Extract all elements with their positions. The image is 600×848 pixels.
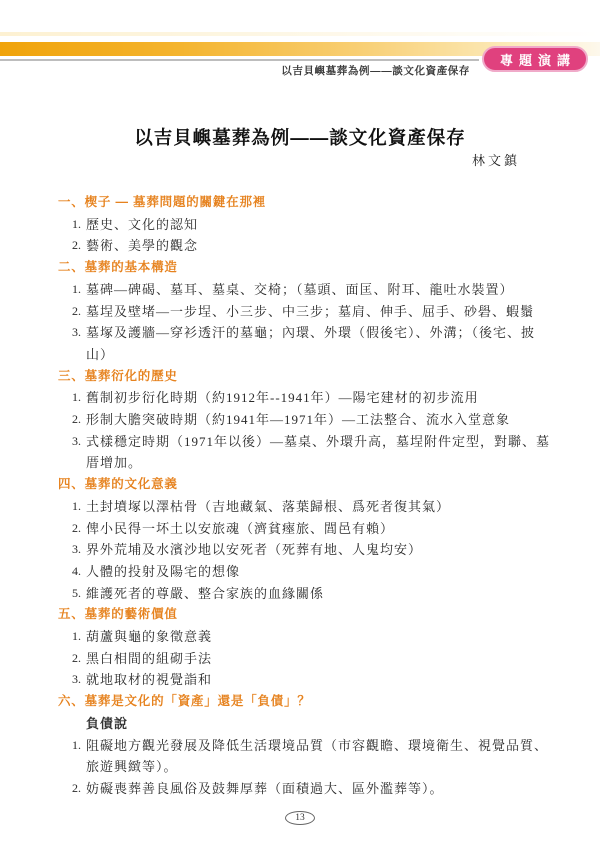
section-heading: 一、楔子 — 墓葬問題的關鍵在那裡 bbox=[58, 192, 550, 214]
page-number: 13 bbox=[295, 813, 305, 823]
list-item: 3. 就地取材的視覺詣和 bbox=[72, 669, 550, 691]
item-text: 墓塚及護牆—穿衫透汗的墓龜；內環、外環（假後宅）、外溝；（後宅、披山） bbox=[86, 322, 550, 365]
section-subheading: 負債說 bbox=[86, 713, 550, 735]
item-number: 4. bbox=[72, 561, 86, 583]
header-divider-line bbox=[0, 59, 479, 61]
list-item: 1. 葫蘆與龜的象徵意義 bbox=[72, 626, 550, 648]
item-number: 3. bbox=[72, 669, 86, 691]
item-text: 土封墳塚以澤枯骨（吉地藏氣、落葉歸根、爲死者復其氣） bbox=[86, 496, 550, 518]
item-number: 1. bbox=[72, 735, 86, 757]
section-heading: 三、墓葬衍化的歷史 bbox=[58, 366, 550, 388]
item-number: 2. bbox=[72, 235, 86, 257]
item-text: 式樣穩定時期（1971年以後）—墓桌、外環升高，墓埕附件定型，對聯、墓厝增加。 bbox=[86, 431, 550, 474]
topic-badge: 專題演講 bbox=[482, 46, 588, 72]
list-item: 2. 墓埕及壁堵—一步埕、小三步、中三步；墓肩、伸手、屈手、砂礐、蝦鬚 bbox=[72, 301, 550, 323]
item-text: 人體的投射及陽宅的想像 bbox=[86, 561, 550, 583]
page-number-ellipse: 13 bbox=[285, 811, 315, 825]
item-number: 1. bbox=[72, 387, 86, 409]
author-name: 林文鎮 bbox=[0, 150, 520, 169]
running-header-title: 以吉貝嶼墓葬為例——談文化資產保存 bbox=[0, 63, 470, 78]
item-number: 1. bbox=[72, 279, 86, 301]
item-text: 妨礙喪葬善良風俗及鼓舞厚葬（面積過大、區外濫葬等）。 bbox=[86, 778, 550, 800]
item-text: 界外荒埔及水濱沙地以安死者（死葬有地、人鬼均安） bbox=[86, 539, 550, 561]
list-item: 3. 墓塚及護牆—穿衫透汗的墓龜；內環、外環（假後宅）、外溝；（後宅、披山） bbox=[72, 322, 550, 365]
list-item: 2. 黑白相間的組砌手法 bbox=[72, 648, 550, 670]
item-text: 舊制初步衍化時期（約1912年--1941年）—陽宅建材的初步流用 bbox=[86, 387, 550, 409]
section-2: 二、墓葬的基本構造 1. 墓碑—碑碣、墓耳、墓桌、交椅；（墓頭、面匡、附耳、龍吐… bbox=[58, 257, 550, 366]
page-title: 以吉貝嶼墓葬為例——談文化資產保存 bbox=[0, 124, 600, 150]
outline-content: 一、楔子 — 墓葬問題的關鍵在那裡 1. 歷史、文化的認知 2. 藝術、美學的觀… bbox=[58, 192, 550, 800]
item-text: 阻礙地方觀光發展及降低生活環境品質（市容觀瞻、環境衛生、視覺品質、旅遊興緻等）。 bbox=[86, 735, 550, 778]
footer: 13 bbox=[0, 811, 600, 825]
list-item: 2. 形制大膽突破時期（約1941年—1971年）—工法整合、流水入堂意象 bbox=[72, 409, 550, 431]
section-heading: 六、墓葬是文化的「資產」還是「負債」？ bbox=[58, 691, 550, 713]
item-number: 2. bbox=[72, 778, 86, 800]
list-item: 1. 舊制初步衍化時期（約1912年--1941年）—陽宅建材的初步流用 bbox=[72, 387, 550, 409]
item-text: 藝術、美學的觀念 bbox=[86, 235, 550, 257]
list-item: 1. 歷史、文化的認知 bbox=[72, 214, 550, 236]
item-number: 3. bbox=[72, 431, 86, 453]
item-number: 1. bbox=[72, 496, 86, 518]
list-item: 2. 俾小民得一坏土以安旅魂（濟貧瘞旅、閭邑有賴） bbox=[72, 518, 550, 540]
item-text: 墓碑—碑碣、墓耳、墓桌、交椅；（墓頭、面匡、附耳、龍吐水裝置） bbox=[86, 279, 550, 301]
item-number: 3. bbox=[72, 539, 86, 561]
item-number: 2. bbox=[72, 648, 86, 670]
item-text: 維護死者的尊嚴、整合家族的血緣關係 bbox=[86, 583, 550, 605]
list-item: 2. 妨礙喪葬善良風俗及鼓舞厚葬（面積過大、區外濫葬等）。 bbox=[72, 778, 550, 800]
item-number: 2. bbox=[72, 301, 86, 323]
list-item: 3. 界外荒埔及水濱沙地以安死者（死葬有地、人鬼均安） bbox=[72, 539, 550, 561]
section-heading: 二、墓葬的基本構造 bbox=[58, 257, 550, 279]
list-item: 1. 土封墳塚以澤枯骨（吉地藏氣、落葉歸根、爲死者復其氣） bbox=[72, 496, 550, 518]
item-text: 俾小民得一坏土以安旅魂（濟貧瘞旅、閭邑有賴） bbox=[86, 518, 550, 540]
item-text: 葫蘆與龜的象徵意義 bbox=[86, 626, 550, 648]
list-item: 4. 人體的投射及陽宅的想像 bbox=[72, 561, 550, 583]
item-text: 墓埕及壁堵—一步埕、小三步、中三步；墓肩、伸手、屈手、砂礐、蝦鬚 bbox=[86, 301, 550, 323]
section-4: 四、墓葬的文化意義 1. 土封墳塚以澤枯骨（吉地藏氣、落葉歸根、爲死者復其氣） … bbox=[58, 474, 550, 604]
top-faint-gradient-strip bbox=[0, 32, 600, 36]
list-item: 1. 阻礙地方觀光發展及降低生活環境品質（市容觀瞻、環境衛生、視覺品質、旅遊興緻… bbox=[72, 735, 550, 778]
section-3: 三、墓葬衍化的歷史 1. 舊制初步衍化時期（約1912年--1941年）—陽宅建… bbox=[58, 366, 550, 475]
section-heading: 四、墓葬的文化意義 bbox=[58, 474, 550, 496]
list-item: 1. 墓碑—碑碣、墓耳、墓桌、交椅；（墓頭、面匡、附耳、龍吐水裝置） bbox=[72, 279, 550, 301]
item-number: 2. bbox=[72, 518, 86, 540]
list-item: 2. 藝術、美學的觀念 bbox=[72, 235, 550, 257]
list-item: 5. 維護死者的尊嚴、整合家族的血緣關係 bbox=[72, 583, 550, 605]
item-text: 就地取材的視覺詣和 bbox=[86, 669, 550, 691]
section-6: 六、墓葬是文化的「資產」還是「負債」？ 負債說 1. 阻礙地方觀光發展及降低生活… bbox=[58, 691, 550, 800]
item-number: 3. bbox=[72, 322, 86, 344]
item-number: 1. bbox=[72, 626, 86, 648]
section-5: 五、墓葬的藝術價值 1. 葫蘆與龜的象徵意義 2. 黑白相間的組砌手法 3. 就… bbox=[58, 604, 550, 691]
item-text: 形制大膽突破時期（約1941年—1971年）—工法整合、流水入堂意象 bbox=[86, 409, 550, 431]
item-number: 1. bbox=[72, 214, 86, 236]
item-text: 黑白相間的組砌手法 bbox=[86, 648, 550, 670]
section-1: 一、楔子 — 墓葬問題的關鍵在那裡 1. 歷史、文化的認知 2. 藝術、美學的觀… bbox=[58, 192, 550, 257]
item-number: 5. bbox=[72, 583, 86, 605]
section-heading: 五、墓葬的藝術價值 bbox=[58, 604, 550, 626]
list-item: 3. 式樣穩定時期（1971年以後）—墓桌、外環升高，墓埕附件定型，對聯、墓厝增… bbox=[72, 431, 550, 474]
item-text: 歷史、文化的認知 bbox=[86, 214, 550, 236]
item-number: 2. bbox=[72, 409, 86, 431]
